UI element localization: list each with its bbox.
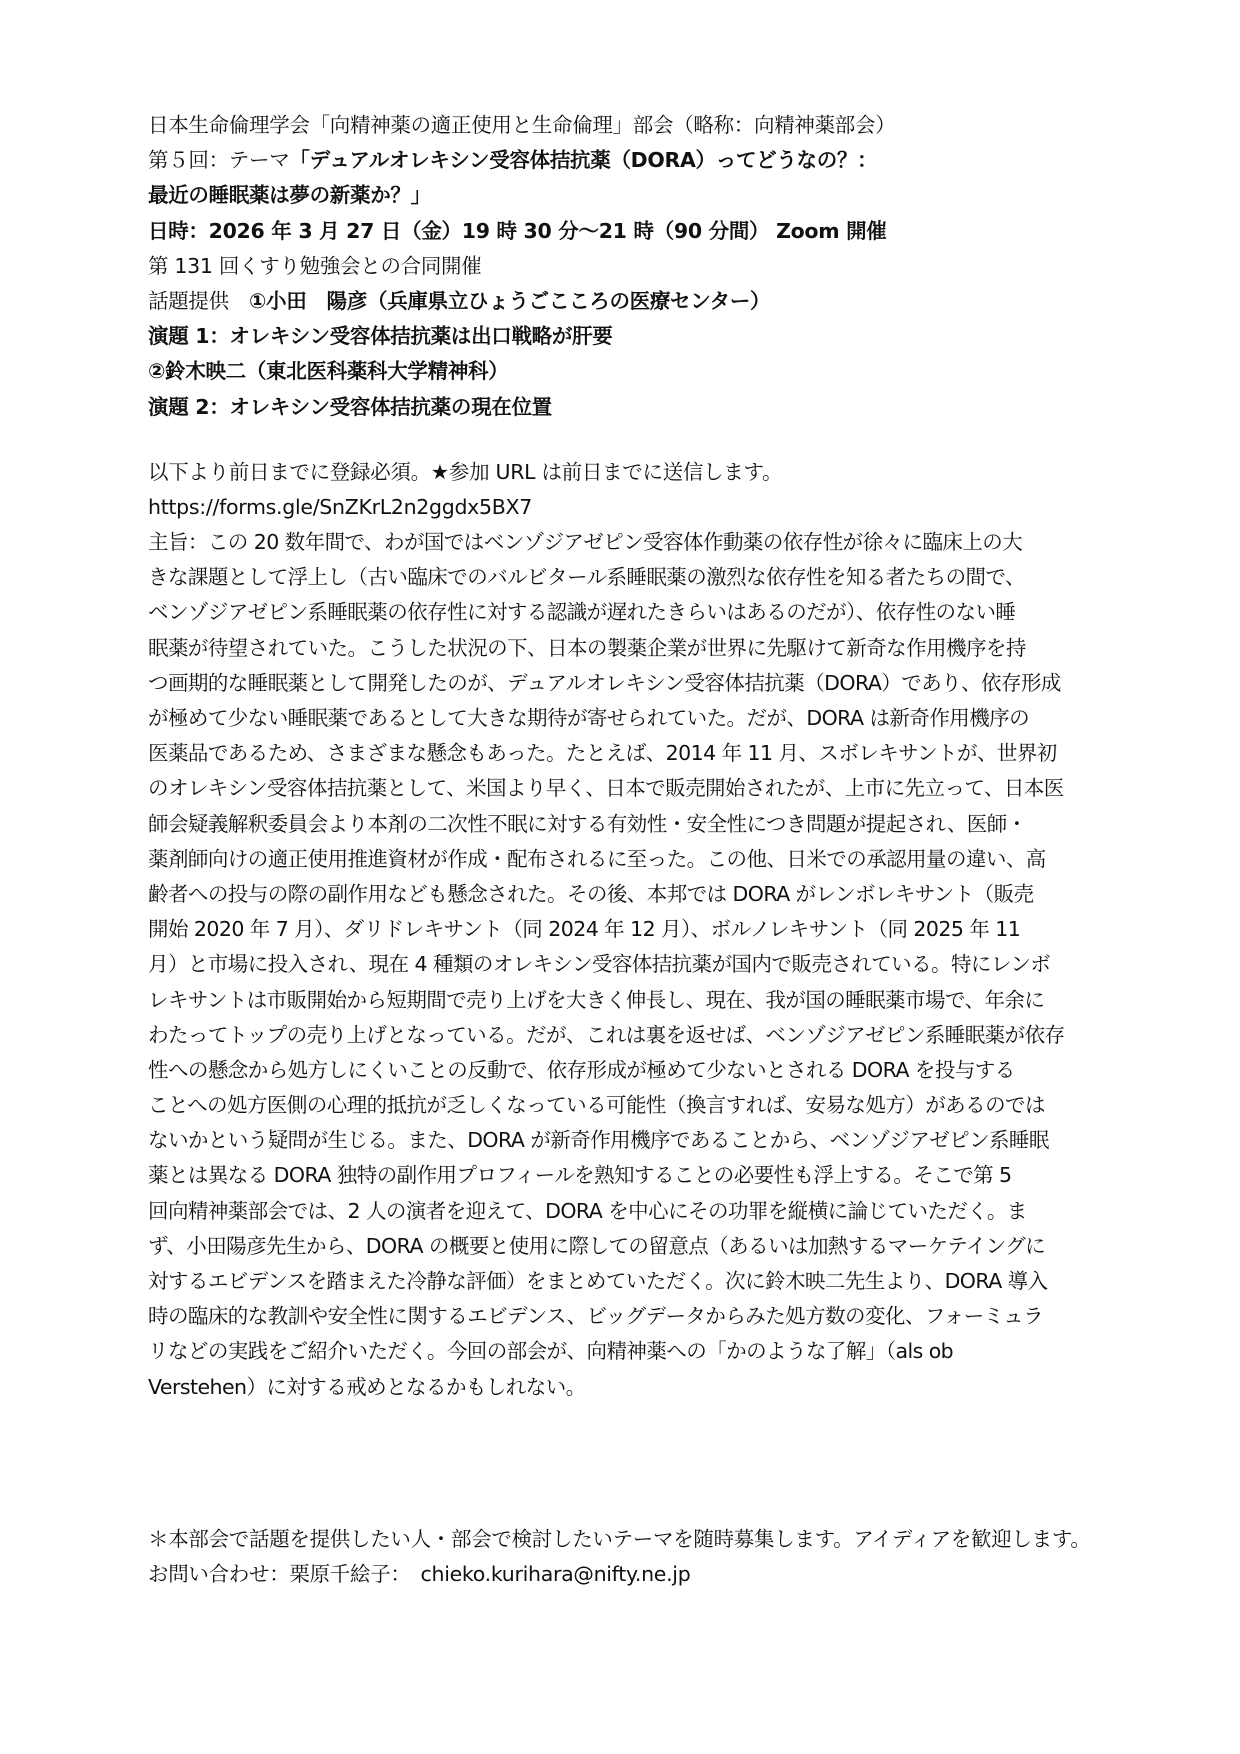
purpose-line: が極めて少ない睡眠薬であるとして大きな期待が寄せられていた。だが、DORA は新… — [148, 701, 1108, 736]
footer: ＊本部会で話題を提供したい人・部会で検討したいテーマを随時募集します。アイディア… — [148, 1522, 1108, 1592]
call-for-topics: ＊本部会で話題を提供したい人・部会で検討したいテーマを随時募集します。アイディア… — [148, 1522, 1108, 1557]
speaker-1: ①小田 陽彦（兵庫県立ひょうごこころの医療センター） — [249, 289, 770, 313]
purpose-line: 薬剤師向けの適正使用推進資材が作成・配布されるに至った。この他、日米での承認用量… — [148, 842, 1108, 877]
speaker-2: ②鈴木映二（東北医科薬科大学精神科） — [148, 354, 1108, 389]
purpose-line: 月）と市場に投入され、現在 4 種類のオレキシン受容体拮抗薬が国内で販売されてい… — [148, 947, 1108, 982]
purpose-line: ことへの処方医側の心理的抵抗が乏しくなっている可能性（換言すれば、安易な処方）が… — [148, 1088, 1108, 1123]
purpose-line: ず、小田陽彦先生から、DORA の概要と使用に際しての留意点（あるいは加熱するマ… — [148, 1229, 1108, 1264]
event-datetime: 日時：2026 年 3 月 27 日（金）19 時 30 分～21 時（90 分… — [148, 214, 1108, 249]
purpose-line: 齢者への投与の際の副作用なども懸念された。その後、本邦では DORA がレンボレ… — [148, 877, 1108, 912]
purpose-line: 眠薬が待望されていた。こうした状況の下、日本の製薬企業が世界に先駆けて新奇な作用… — [148, 631, 1108, 666]
talk-2-title: 演題 2：オレキシン受容体拮抗薬の現在位置 — [148, 390, 1108, 425]
society-title: 日本生命倫理学会「向精神薬の適正使用と生命倫理」部会（略称：向精神薬部会） — [148, 108, 1108, 143]
purpose-line: 主旨：この 20 数年間で、わが国ではベンゾジアゼピン受容体作動薬の依存性が徐々… — [148, 525, 1108, 560]
purpose-line: 対するエビデンスを踏まえた冷静な評価）をまとめていただく。次に鈴木映二先生より、… — [148, 1264, 1108, 1299]
purpose-line: わたってトップの売り上げとなっている。だが、これは裏を返せば、ベンゾジアゼピン系… — [148, 1018, 1108, 1053]
theme-title-part2: 最近の睡眠薬は夢の新薬か？」 — [148, 178, 1108, 213]
theme-title-part1: 「デュアルオレキシン受容体拮抗薬（DORA）ってどうなの？： — [289, 148, 877, 172]
purpose-line: 薬とは異なる DORA 独特の副作用プロフィールを熟知することの必要性も浮上する… — [148, 1158, 1108, 1193]
purpose-line: 師会疑義解釈委員会より本剤の二次性不眠に対する有効性・安全性につき問題が提起され… — [148, 807, 1108, 842]
purpose-line: 開始 2020 年 7 月）、ダリドレキサント（同 2024 年 12 月）、ボ… — [148, 912, 1108, 947]
purpose-line: Verstehen）に対する戒めとなるかもしれない。 — [148, 1370, 1108, 1405]
purpose-line: つ画期的な睡眠薬として開発したのが、デュアルオレキシン受容体拮抗薬（DORA）で… — [148, 666, 1108, 701]
purpose-line: レキサントは市販開始から短期間で売り上げを大きく伸長し、現在、我が国の睡眠薬市場… — [148, 983, 1108, 1018]
purpose-line: ベンゾジアゼピン系睡眠薬の依存性に対する認識が遅れたきらいはあるのだが）、依存性… — [148, 595, 1108, 630]
purpose-line: 時の臨床的な教訓や安全性に関するエビデンス、ビッグデータからみた処方数の変化、フ… — [148, 1299, 1108, 1334]
purpose-line: リなどの実践をご紹介いただく。今回の部会が、向精神薬への「かのような了解」（al… — [148, 1334, 1108, 1369]
registration-url[interactable]: https://forms.gle/SnZKrL2n2ggdx5BX7 — [148, 490, 1108, 525]
purpose-line: 医薬品であるため、さまざまな懸念もあった。たとえば、2014 年 11 月、スボ… — [148, 736, 1108, 771]
registration-note: 以下より前日までに登録必須。★参加 URL は前日までに送信します。 — [148, 455, 1108, 490]
session-theme-line1: 第５回：テーマ「デュアルオレキシン受容体拮抗薬（DORA）ってどうなの？： — [148, 143, 1108, 178]
purpose-line: 性への懸念から処方しにくいことの反動で、依存形成が極めて少ないとされる DORA… — [148, 1053, 1108, 1088]
joint-event-note: 第 131 回くすり勉強会との合同開催 — [148, 249, 1108, 284]
purpose-line: のオレキシン受容体拮抗薬として、米国より早く、日本で販売開始されたが、上市に先立… — [148, 771, 1108, 806]
talk-1-title: 演題 1：オレキシン受容体拮抗薬は出口戦略が肝要 — [148, 319, 1108, 354]
document-page: 日本生命倫理学会「向精神薬の適正使用と生命倫理」部会（略称：向精神薬部会） 第５… — [148, 108, 1108, 1405]
purpose-line: 回向精神薬部会では、2 人の演者を迎えて、DORA を中心にその功罪を縦横に論じ… — [148, 1194, 1108, 1229]
speaker-label: 話題提供 — [148, 289, 249, 313]
purpose-line: ないかという疑問が生じる。また、DORA が新奇作用機序であることから、ベンゾジ… — [148, 1123, 1108, 1158]
speaker-1-line: 話題提供 ①小田 陽彦（兵庫県立ひょうごこころの医療センター） — [148, 284, 1108, 319]
contact-info: お問い合わせ：栗原千絵子： chieko.kurihara@nifty.ne.j… — [148, 1557, 1108, 1592]
session-number: 第５回：テーマ — [148, 148, 289, 172]
purpose-paragraph: 主旨：この 20 数年間で、わが国ではベンゾジアゼピン受容体作動薬の依存性が徐々… — [148, 525, 1108, 1405]
purpose-line: きな課題として浮上し（古い臨床でのバルビタール系睡眠薬の激烈な依存性を知る者たち… — [148, 560, 1108, 595]
